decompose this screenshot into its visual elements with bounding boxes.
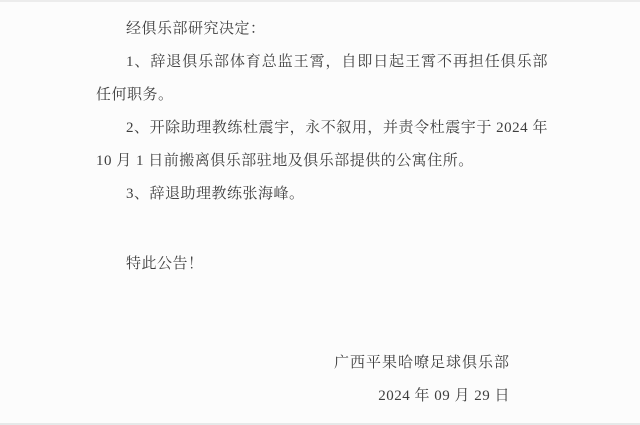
decision-item-1: 1、辞退俱乐部体育总监王霄，自即日起王霄不再担任俱乐部任何职务。 [96,46,548,112]
signature-organization: 广西平果哈嘹足球俱乐部 [96,347,510,380]
signature-date: 2024 年 09 月 29 日 [96,380,510,413]
signature-block: 广西平果哈嘹足球俱乐部 2024 年 09 月 29 日 [96,347,548,413]
opening-line: 经俱乐部研究决定： [96,13,548,46]
decision-item-2: 2、开除助理教练杜震宇，永不叙用，并责令杜震宇于 2024 年 10 月 1 日… [96,112,548,178]
announcement-document: 经俱乐部研究决定： 1、辞退俱乐部体育总监王霄，自即日起王霄不再担任俱乐部任何职… [0,0,640,425]
closing-line: 特此公告！ [96,248,548,281]
decision-item-3: 3、辞退助理教练张海峰。 [96,178,548,211]
document-body: 经俱乐部研究决定： 1、辞退俱乐部体育总监王霄，自即日起王霄不再担任俱乐部任何职… [96,13,548,413]
scan-edge-top [0,0,640,2]
